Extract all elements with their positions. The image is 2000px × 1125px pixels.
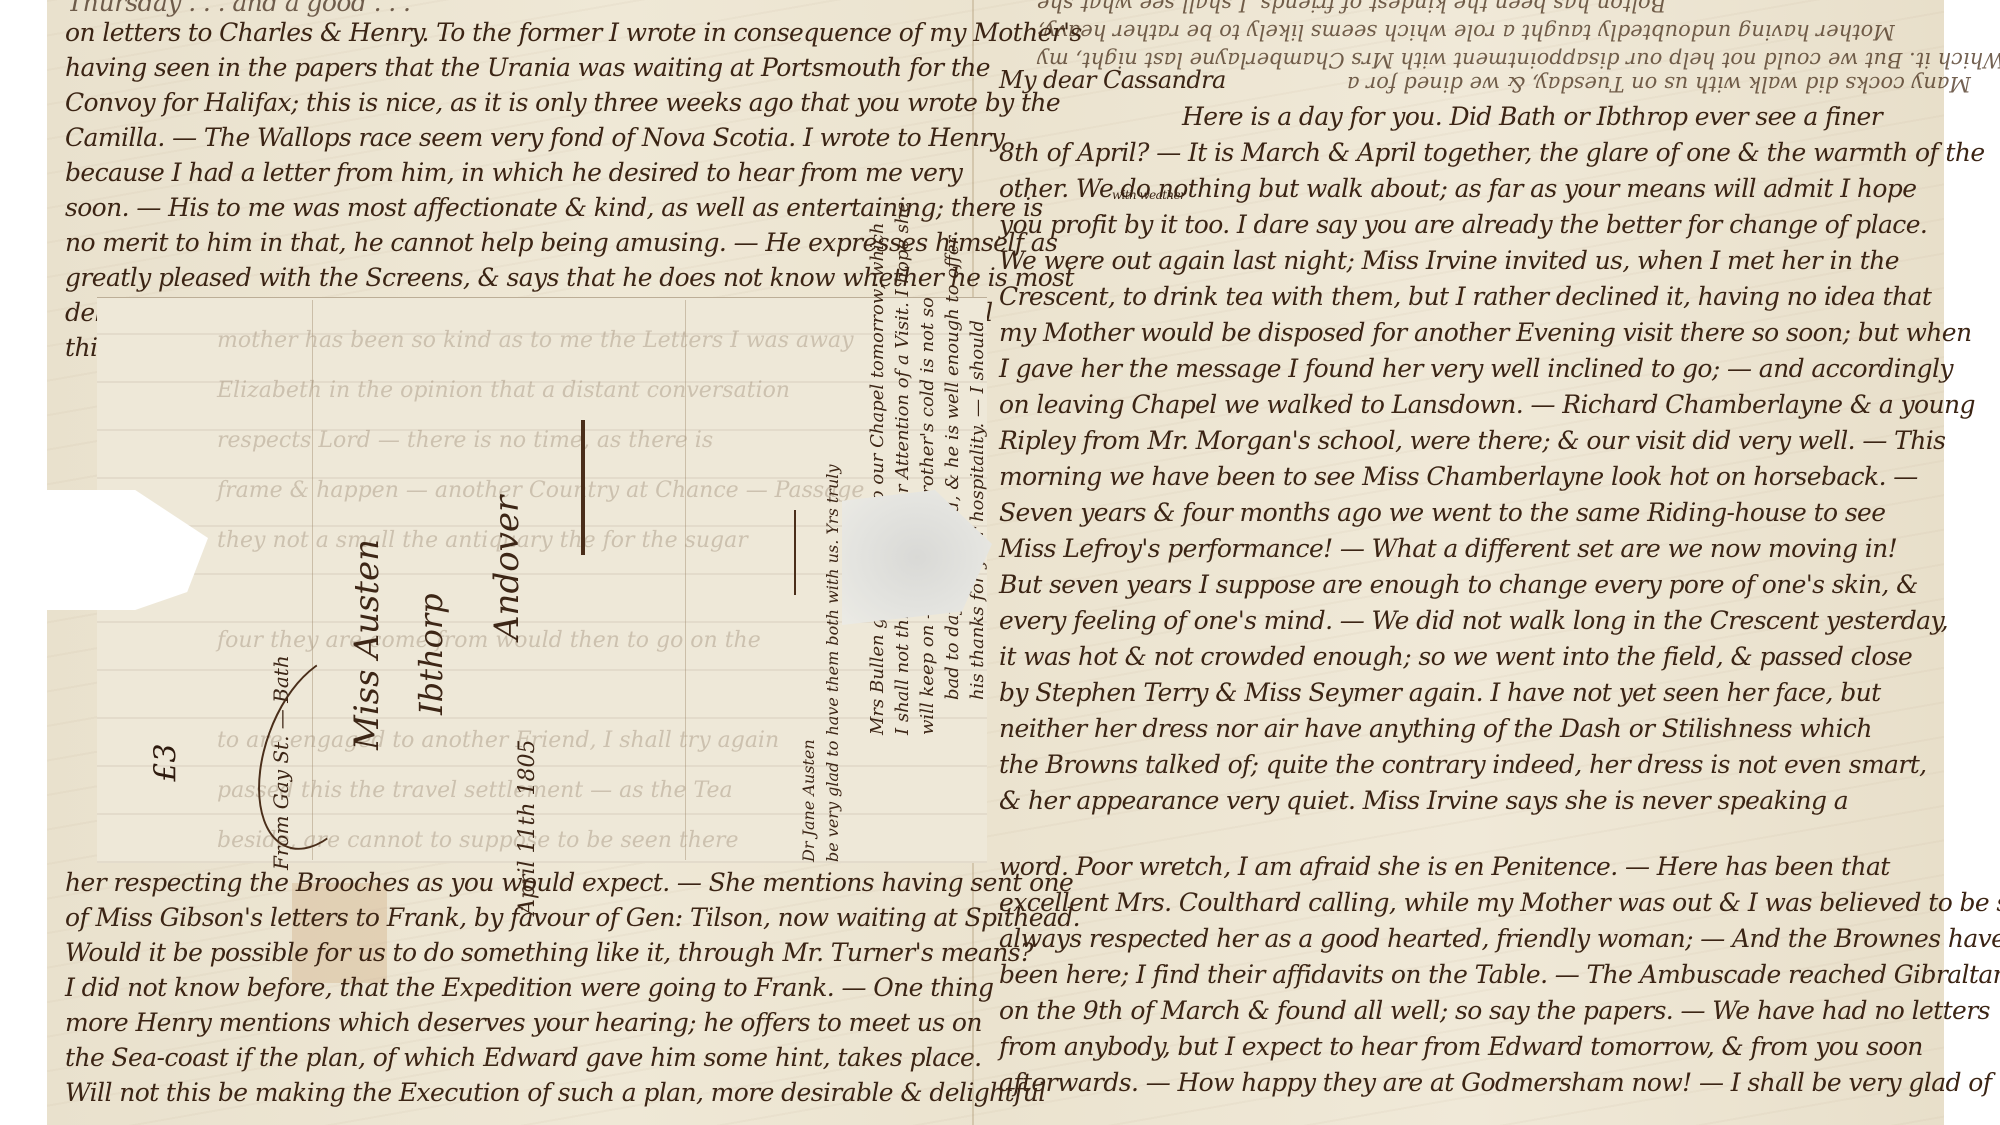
text-line: you profit by it too. I dare say you are… <box>999 210 1927 239</box>
crossed-line: be very glad to have them both with us. … <box>823 465 842 862</box>
text-line: word. Poor wretch, I am afraid she is en… <box>999 852 1890 881</box>
text-line: Seven years & four months ago we went to… <box>999 498 1885 527</box>
text-line: But seven years I suppose are enough to … <box>999 570 1918 599</box>
text-line: having seen in the papers that the Urani… <box>65 53 990 82</box>
text-line: the Browns talked of; quite the contrary… <box>999 750 1927 779</box>
text-line: Ripley from Mr. Morgan's school, were th… <box>999 426 1945 455</box>
text-line: Bolton has been the kindest of friends, … <box>1037 0 1666 16</box>
text-line: I did not know before, that the Expediti… <box>65 973 993 1002</box>
text-line: every feeling of one's mind. — We did no… <box>999 606 1948 635</box>
text-line: on letters to Charles & Henry. To the fo… <box>65 18 1082 47</box>
text-line: Thursday . . . and a good . . . <box>67 0 410 17</box>
text-line: been here; I find their affidavits on th… <box>999 960 2000 989</box>
text-line: because I had a letter from him, in whic… <box>65 158 962 187</box>
seal-rule <box>794 510 796 595</box>
text-line: it was hot & not crowded enough; so we w… <box>999 642 1912 671</box>
text-line: Many cocks did walk with us on Tuesday, … <box>1347 72 1971 96</box>
text-line: Camilla. — The Wallops race seem very fo… <box>65 123 1004 152</box>
postage-mark: £3 <box>149 743 184 781</box>
text-line: her respecting the Brooches as you would… <box>65 868 1073 897</box>
crossed-line: his thanks for your hospitality. — I sho… <box>967 320 988 700</box>
text-line: I gave her the message I found her very … <box>999 354 1953 383</box>
text-line: Would it be possible for us to do someth… <box>65 938 1033 967</box>
text-line: by Stephen Terry & Miss Seymer again. I … <box>999 678 1881 707</box>
text-line: We were out again last night; Miss Irvin… <box>999 246 1899 275</box>
crossed-line: bad to day as I feared, & he is well eno… <box>942 236 963 700</box>
address-rule <box>581 420 585 555</box>
text-line: Crescent, to drink tea with them, but I … <box>999 282 1931 311</box>
text-line: my Mother would be disposed for another … <box>999 318 1971 347</box>
letter-paper: Thursday . . . and a good . . . on lette… <box>47 0 1944 1125</box>
text-line: greatly pleased with the Screens, & says… <box>65 263 1074 292</box>
text-line: Mother having undoubtedly taught a role … <box>1037 20 1895 44</box>
stain <box>292 883 387 983</box>
text-line: the Sea-coast if the plan, of which Edwa… <box>65 1043 982 1072</box>
text-line: morning we have been to see Miss Chamber… <box>999 462 1918 491</box>
address-line2: Ibthorp <box>412 593 450 715</box>
text-line: more Henry mentions which deserves your … <box>65 1008 982 1037</box>
text-line: Will not this be making the Execution of… <box>65 1078 1046 1107</box>
text-line: Here is a day for you. Did Bath or Ibthr… <box>1182 102 1882 131</box>
text-line: of Miss Gibson's letters to Frank, by fa… <box>65 903 1080 932</box>
interlinear-note: with weather <box>1112 188 1185 202</box>
text-line: 8th of April? — It is March & April toge… <box>999 138 1985 167</box>
salutation: My dear Cassandra <box>999 66 1226 94</box>
text-line: excellent Mrs. Coulthard calling, while … <box>999 888 2000 917</box>
crossed-line: Mrs Bullen goes with us to our Chapel to… <box>867 223 888 735</box>
crossed-line: I shall not think a labour or Attention … <box>892 202 913 735</box>
text-line: always respected her as a good hearted, … <box>999 924 2000 953</box>
text-line: on leaving Chapel we walked to Lansdown.… <box>999 390 1975 419</box>
text-line: Convoy for Halifax; this is nice, as it … <box>65 88 1060 117</box>
address-line3: Andover <box>487 496 527 640</box>
text-line: neither her dress nor air have anything … <box>999 714 1872 743</box>
crossed-line: Dr Jane Austen <box>799 739 818 862</box>
text-line: afterwards. — How happy they are at Godm… <box>999 1068 1991 1097</box>
text-line: & her appearance very quiet. Miss Irvine… <box>999 786 1848 815</box>
text-line: Miss Lefroy's performance! — What a diff… <box>999 534 1897 563</box>
text-line: from anybody, but I expect to hear from … <box>999 1032 1923 1061</box>
text-line: on the 9th of March & found all well; so… <box>999 996 1990 1025</box>
